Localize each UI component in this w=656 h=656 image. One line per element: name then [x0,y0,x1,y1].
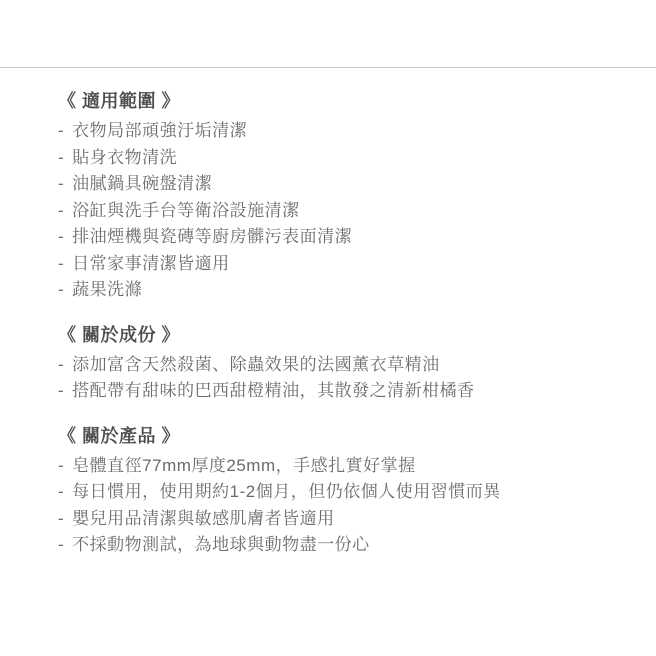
list-item: -排油煙機與瓷磚等廚房髒污表面清潔 [58,224,620,251]
list-item-text: 添加富含天然殺菌、除蟲效果的法國薰衣草精油 [72,355,440,374]
dash-bullet: - [58,224,64,251]
list-item-text: 嬰兒用品清潔與敏感肌膚者皆適用 [72,509,335,528]
section-applicable-scope: 《 適用範圍 》 -衣物局部頑強汙垢清潔 -貼身衣物清洗 -油膩鍋具碗盤清潔 -… [58,90,620,304]
list-item: -皂體直徑77mm厚度25mm，手感扎實好掌握 [58,453,620,480]
section-heading-scope: 《 適用範圍 》 [58,90,620,112]
product-description: 《 適用範圍 》 -衣物局部頑強汙垢清潔 -貼身衣物清洗 -油膩鍋具碗盤清潔 -… [58,68,620,559]
list-item-text: 衣物局部頑強汙垢清潔 [72,121,247,140]
list-item: -搭配帶有甜味的巴西甜橙精油，其散發之清新柑橘香 [58,378,620,405]
list-item-text: 日常家事清潔皆適用 [72,254,230,273]
list-item-text: 不採動物測試，為地球與動物盡一份心 [72,535,370,554]
list-item-text: 蔬果洗滌 [72,280,142,299]
list-item-text: 每日慣用，使用期約1-2個月，但仍依個人使用習慣而異 [72,482,501,501]
section-heading-ingredients: 《 關於成份 》 [58,324,620,346]
dash-bullet: - [58,251,64,278]
dash-bullet: - [58,118,64,145]
dash-bullet: - [58,171,64,198]
list-item: -浴缸與洗手台等衛浴設施清潔 [58,198,620,225]
dash-bullet: - [58,532,64,559]
list-item: -每日慣用，使用期約1-2個月，但仍依個人使用習慣而異 [58,479,620,506]
list-item-text: 搭配帶有甜味的巴西甜橙精油，其散發之清新柑橘香 [72,381,475,400]
dash-bullet: - [58,198,64,225]
dash-bullet: - [58,277,64,304]
list-item-text: 皂體直徑77mm厚度25mm，手感扎實好掌握 [72,456,415,475]
dash-bullet: - [58,145,64,172]
list-item: -嬰兒用品清潔與敏感肌膚者皆適用 [58,506,620,533]
list-item-text: 貼身衣物清洗 [72,148,177,167]
dash-bullet: - [58,453,64,480]
dash-bullet: - [58,506,64,533]
list-item: -不採動物測試，為地球與動物盡一份心 [58,532,620,559]
list-item: -日常家事清潔皆適用 [58,251,620,278]
dash-bullet: - [58,378,64,405]
list-item-text: 浴缸與洗手台等衛浴設施清潔 [72,201,300,220]
list-item: -衣物局部頑強汙垢清潔 [58,118,620,145]
list-item: -油膩鍋具碗盤清潔 [58,171,620,198]
list-item-text: 排油煙機與瓷磚等廚房髒污表面清潔 [72,227,352,246]
list-item-text: 油膩鍋具碗盤清潔 [72,174,212,193]
section-ingredients: 《 關於成份 》 -添加富含天然殺菌、除蟲效果的法國薰衣草精油 -搭配帶有甜味的… [58,324,620,405]
dash-bullet: - [58,479,64,506]
section-heading-product: 《 關於產品 》 [58,425,620,447]
list-item: -貼身衣物清洗 [58,145,620,172]
section-product-info: 《 關於產品 》 -皂體直徑77mm厚度25mm，手感扎實好掌握 -每日慣用，使… [58,425,620,559]
dash-bullet: - [58,352,64,379]
list-item: -添加富含天然殺菌、除蟲效果的法國薰衣草精油 [58,352,620,379]
list-item: -蔬果洗滌 [58,277,620,304]
